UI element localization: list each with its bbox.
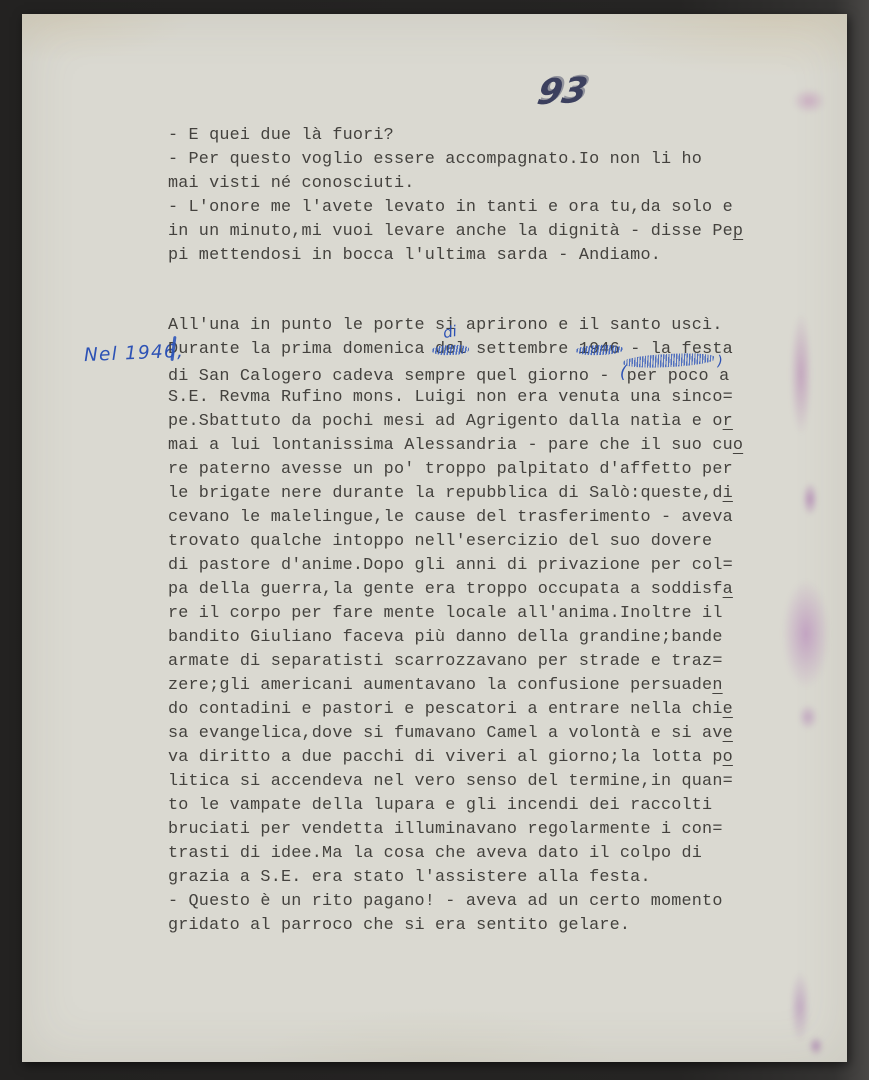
typed-text-segment: S.E. Revma Rufino mons. Luigi non era ve… xyxy=(168,388,733,407)
underlined-letter: a xyxy=(723,580,733,599)
ink-stain xyxy=(792,88,826,114)
typed-text-segment: litica si accendeva nel vero senso del t… xyxy=(168,772,733,791)
ink-stain xyxy=(782,579,830,689)
typed-text-segment: di pastore d'anime.Dopo gli anni di priv… xyxy=(168,556,733,575)
typed-text-segment: pe.Sbattuto da pochi mesi ad Agrigento d… xyxy=(168,412,723,431)
typed-line: mai visti né conosciuti. xyxy=(168,172,768,196)
typed-text-segment: - Per questo voglio essere accompagnato.… xyxy=(168,150,702,169)
typed-text-segment: per poco a) xyxy=(627,367,730,386)
typed-line: - E quei due là fuori? xyxy=(168,124,768,148)
typed-line: - Per questo voglio essere accompagnato.… xyxy=(168,148,768,172)
inserted-word: di xyxy=(442,324,458,340)
typed-line: - Questo è un rito pagano! - aveva ad un… xyxy=(168,890,768,914)
corrected-letter: D xyxy=(168,340,178,359)
underlined-letter: o xyxy=(723,748,733,767)
ink-stain xyxy=(790,314,812,434)
ink-stain xyxy=(808,1036,824,1056)
ink-stain xyxy=(798,704,818,730)
typed-text-segment: di San Calogero cadeva sempre quel giorn… xyxy=(168,367,620,386)
typed-line: bruciati per vendetta illuminavano regol… xyxy=(168,818,768,842)
typed-text-segment: cevano le malelingue,le cause del trasfe… xyxy=(168,508,733,527)
underlined-letter: e xyxy=(723,700,733,719)
typed-line: - L'onore me l'avete levato in tanti e o… xyxy=(168,196,768,220)
typed-text-segment: re il corpo per fare mente locale all'an… xyxy=(168,604,723,623)
handwritten-close-paren: ) xyxy=(716,349,723,373)
typed-line: sa evangelica,dove si fumavano Camel a v… xyxy=(168,722,768,746)
typed-line: trasti di idee.Ma la cosa che aveva dato… xyxy=(168,842,768,866)
underlined-letter: n xyxy=(712,676,722,695)
typed-text-segment: - E quei due là fuori? xyxy=(168,126,394,145)
typed-text-segment: urante la prima domenica xyxy=(178,340,435,359)
typed-line: S.E. Revma Rufino mons. Luigi non era ve… xyxy=(168,386,768,410)
scan-background: { "colors": { "paper": "#dad9d1", "backg… xyxy=(0,0,869,1080)
ink-stain xyxy=(802,482,818,516)
typed-text-segment: va diritto a due pacchi di viveri al gio… xyxy=(168,748,723,767)
typed-line: pa della guerra,la gente era troppo occu… xyxy=(168,578,768,602)
typed-text-segment: - Questo è un rito pagano! - aveva ad un… xyxy=(168,892,723,911)
typed-text-segment: to le vampate della lupara e gli incendi… xyxy=(168,796,712,815)
typed-line: bandito Giuliano faceva più danno della … xyxy=(168,626,768,650)
typed-line: in un minuto,mi vuoi levare anche la dig… xyxy=(168,220,768,244)
typed-line: pi mettendosi in bocca l'ultima sarda - … xyxy=(168,244,768,268)
typed-text-segment: le brigate nere durante la repubblica di… xyxy=(168,484,723,503)
underlined-letter: o xyxy=(733,436,743,455)
typed-text-segment: - L'onore me l'avete levato in tanti e o… xyxy=(168,198,733,217)
typed-line: gridato al parroco che si era sentito ge… xyxy=(168,914,768,938)
paragraph: All'una in punto le porte si aprirono e … xyxy=(168,314,768,938)
typed-text-segment: do contadini e pastori e pescatori a ent… xyxy=(168,700,723,719)
typed-text-segment: trovato qualche intoppo nell'esercizio d… xyxy=(168,532,712,551)
typed-line: zere;gli americani aumentavano la confus… xyxy=(168,674,768,698)
typed-text-segment: zere;gli americani aumentavano la confus… xyxy=(168,676,712,695)
typed-text-segment: mai a lui lontanissima Alessandria - par… xyxy=(168,436,733,455)
manuscript-page: 93 Nel 1946, - E quei due là fuori?- Per… xyxy=(22,14,847,1062)
typed-text-segment: pi mettendosi in bocca l'ultima sarda - … xyxy=(168,246,661,265)
typed-line: di pastore d'anime.Dopo gli anni di priv… xyxy=(168,554,768,578)
typed-text-segment: grazia a S.E. era stato l'assistere alla… xyxy=(168,868,651,887)
typed-line: armate di separatisti scarrozzavano per … xyxy=(168,650,768,674)
typed-text-segment: sa evangelica,dove si fumavano Camel a v… xyxy=(168,724,723,743)
typed-line: re il corpo per fare mente locale all'an… xyxy=(168,602,768,626)
typed-line: trovato qualche intoppo nell'esercizio d… xyxy=(168,530,768,554)
typed-line: litica si accendeva nel vero senso del t… xyxy=(168,770,768,794)
underlined-letter: i xyxy=(723,484,733,503)
typed-text-segment: bandito Giuliano faceva più danno della … xyxy=(168,628,723,647)
typed-line: le brigate nere durante la repubblica di… xyxy=(168,482,768,506)
paragraph: - E quei due là fuori?- Per questo vogli… xyxy=(168,124,768,268)
typed-line: All'una in punto le porte si aprirono e … xyxy=(168,314,768,338)
struck-out-word: 1946 xyxy=(579,340,620,359)
underlined-letter: r xyxy=(723,412,733,431)
typed-text-segment: trasti di idee.Ma la cosa che aveva dato… xyxy=(168,844,702,863)
typed-text-segment: gridato al parroco che si era sentito ge… xyxy=(168,916,630,935)
typed-line: mai a lui lontanissima Alessandria - par… xyxy=(168,434,768,458)
typed-line: di San Calogero cadeva sempre quel giorn… xyxy=(168,362,768,386)
typed-text: - E quei due là fuori?- Per questo vogli… xyxy=(168,124,768,938)
typed-text-segment: settembre xyxy=(466,340,579,359)
typed-text-segment: pa della guerra,la gente era troppo occu… xyxy=(168,580,723,599)
typed-text-segment: re paterno avesse un po' troppo palpitat… xyxy=(168,460,733,479)
typed-line: do contadini e pastori e pescatori a ent… xyxy=(168,698,768,722)
underlined-letter: p xyxy=(733,222,743,241)
typed-text-segment: in un minuto,mi vuoi levare anche la dig… xyxy=(168,222,733,241)
struck-out-word: deldi xyxy=(435,340,466,359)
underlined-letter: e xyxy=(723,724,733,743)
typed-line: to le vampate della lupara e gli incendi… xyxy=(168,794,768,818)
typed-text-segment: armate di separatisti scarrozzavano per … xyxy=(168,652,723,671)
typed-line: va diritto a due pacchi di viveri al gio… xyxy=(168,746,768,770)
typed-line: cevano le malelingue,le cause del trasfe… xyxy=(168,506,768,530)
typed-text-segment: mai visti né conosciuti. xyxy=(168,174,415,193)
typed-text-segment: bruciati per vendetta illuminavano regol… xyxy=(168,820,723,839)
typed-line: grazia a S.E. era stato l'assistere alla… xyxy=(168,866,768,890)
typed-line: re paterno avesse un po' troppo palpitat… xyxy=(168,458,768,482)
handwritten-page-number: 93 xyxy=(534,71,590,113)
typed-line: pe.Sbattuto da pochi mesi ad Agrigento d… xyxy=(168,410,768,434)
ink-stain xyxy=(790,972,810,1042)
